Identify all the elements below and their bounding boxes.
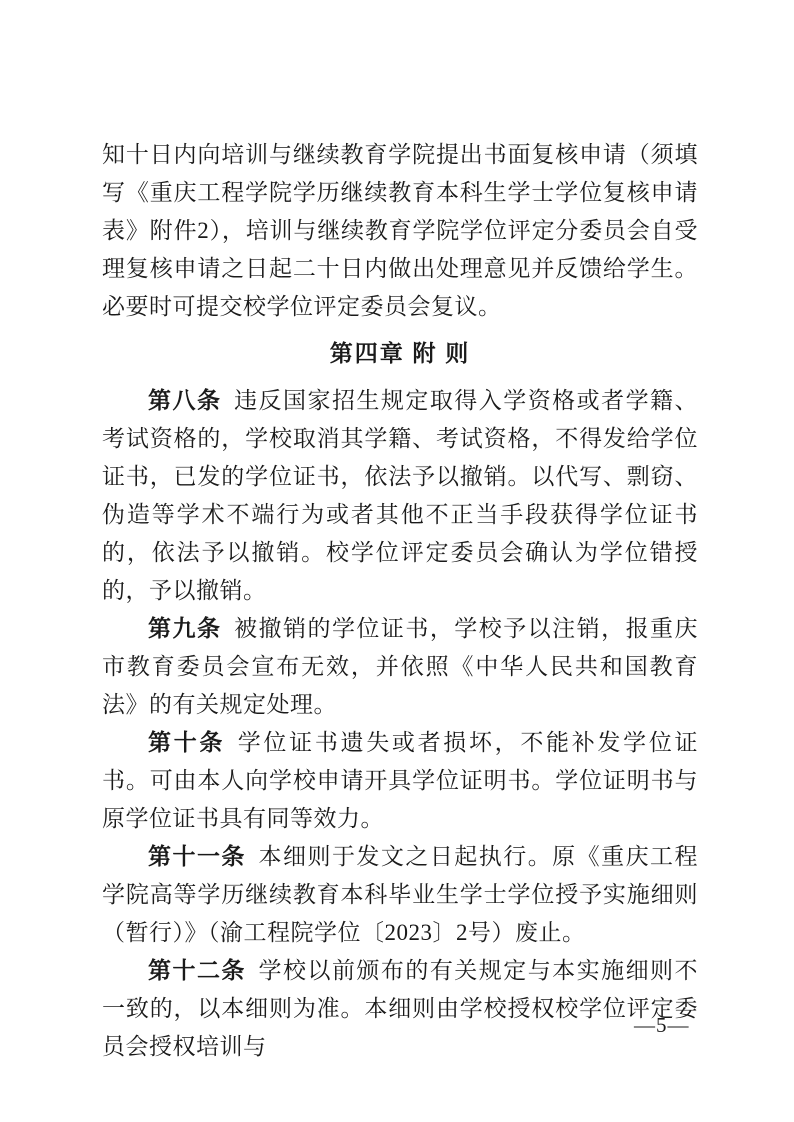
paragraph-text: 知十日内向培训与继续教育学院提出书面复核申请（须填写《重庆工程学院学历继续教育本… <box>102 142 698 319</box>
paragraph: 知十日内向培训与继续教育学院提出书面复核申请（须填写《重庆工程学院学历继续教育本… <box>102 136 698 326</box>
article-number: 第十一条 <box>148 844 246 869</box>
paragraph: 第十一条本细则于发文之日起执行。原《重庆工程学院高等学历继续教育本科毕业生学士学… <box>102 838 698 952</box>
paragraph-text: 违反国家招生规定取得入学资格或者学籍、考试资格的，学校取消其学籍、考试资格，不得… <box>102 388 698 603</box>
document-page: 知十日内向培训与继续教育学院提出书面复核申请（须填写《重庆工程学院学历继续教育本… <box>0 0 794 1122</box>
chapter-heading: 第四章 附 则 <box>102 335 698 373</box>
paragraph: 第十条学位证书遗失或者损坏，不能补发学位证书。可由本人向学校申请开具学位证明书。… <box>102 724 698 838</box>
paragraph: 第十二条学校以前颁布的有关规定与本实施细则不一致的，以本细则为准。本细则由学校授… <box>102 952 698 1066</box>
article-number: 第九条 <box>148 616 221 641</box>
article-number: 第十条 <box>148 730 225 755</box>
article-number: 第八条 <box>148 388 221 413</box>
paragraph: 第八条违反国家招生规定取得入学资格或者学籍、考试资格的，学校取消其学籍、考试资格… <box>102 382 698 610</box>
page-number: —5— <box>634 1013 690 1038</box>
chapter-heading-text: 第四章 附 则 <box>330 341 471 366</box>
article-number: 第十二条 <box>148 958 246 983</box>
document-body: 知十日内向培训与继续教育学院提出书面复核申请（须填写《重庆工程学院学历继续教育本… <box>102 136 698 1066</box>
paragraph: 第九条被撤销的学位证书，学校予以注销，报重庆市教育委员会宣布无效，并依照《中华人… <box>102 610 698 724</box>
